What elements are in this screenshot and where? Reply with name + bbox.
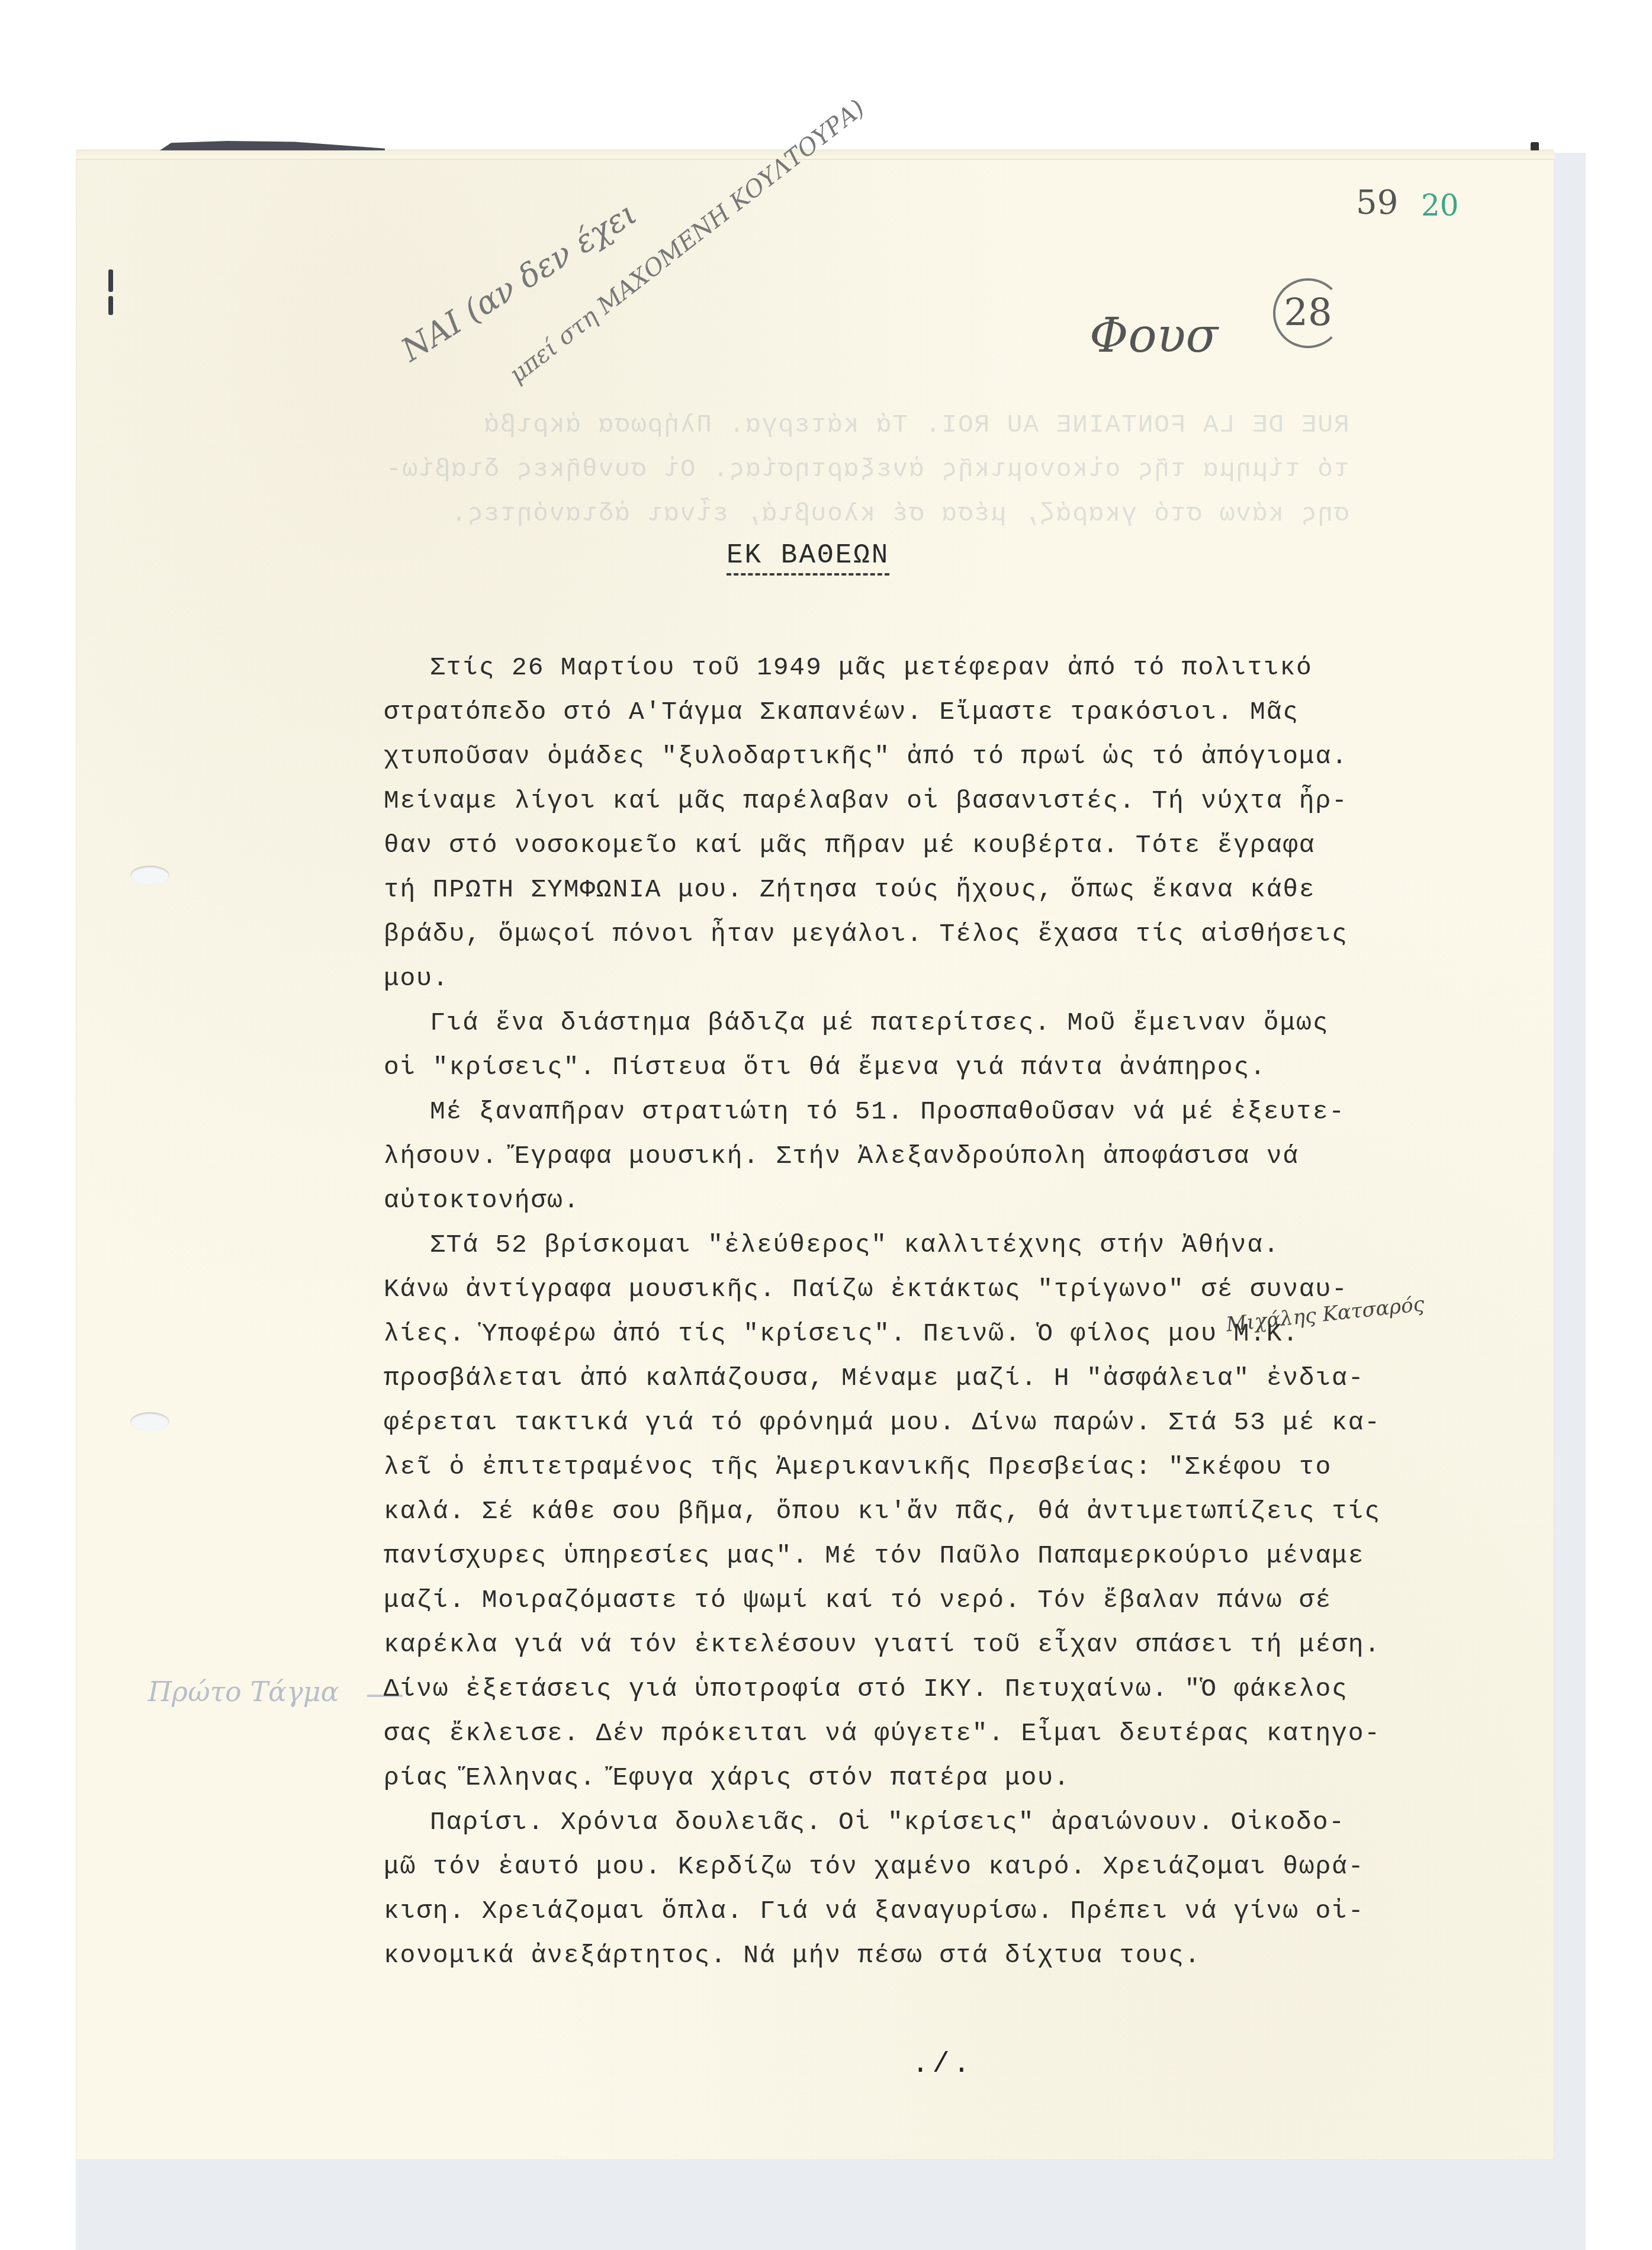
text-line: ΣΤά 52 βρίσκομαι "ἐλεύθερος" καλλιτέχνης…: [384, 1223, 1526, 1267]
margin-note: Πρώτο Τάγμα: [148, 1676, 339, 1708]
text-line: καλά. Σέ κάθε σου βῆμα, ὅπου κι'ἄν πᾶς, …: [384, 1489, 1526, 1534]
text-line: ρίας Ἕλληνας. Ἔφυγα χάρις στόν πατέρα μο…: [384, 1756, 1526, 1800]
text-line: λεῖ ὁ ἐπιτετραμένος τῆς Ἀμερικανικῆς Πρε…: [384, 1445, 1526, 1489]
text-line: χτυποῦσαν ὁμάδες "ξυλοδαρτικῆς" ἀπό τό π…: [384, 734, 1526, 779]
text-line: αὐτοκτονήσω.: [384, 1178, 1526, 1223]
text-line: κονομικά ἀνεξάρτητος. Νά μήν πέσω στά δί…: [384, 1933, 1526, 1978]
text-line: προσβάλεται ἀπό καλπάζουσα, Μέναμε μαζί.…: [384, 1356, 1526, 1400]
text-line: καρέκλα γιά νά τόν ἐκτελέσουν γιατί τοῦ …: [384, 1622, 1526, 1667]
text-line: Παρίσι. Χρόνια δουλειᾶς. Οἱ "κρίσεις" ἀρ…: [384, 1800, 1526, 1844]
text-line: θαν στό νοσοκομεῖο καί μᾶς πῆραν μέ κουβ…: [384, 823, 1526, 867]
text-line: μῶ τόν ἑαυτό μου. Κερδίζω τόν χαμένο και…: [384, 1844, 1526, 1889]
text-line: σας ἔκλεισε. Δέν πρόκειται νά φύγετε". Ε…: [384, 1711, 1526, 1756]
continuation-mark: ./.: [912, 2049, 973, 2081]
text-line: Κάνω ἀντίγραφα μουσικῆς. Παίζω ἐκτάκτως …: [384, 1267, 1526, 1312]
staple-icon: [108, 269, 113, 292]
text-line: Στίς 26 Μαρτίου τοῦ 1949 μᾶς μετέφεραν ἀ…: [384, 645, 1526, 690]
document-body: Στίς 26 Μαρτίου τοῦ 1949 μᾶς μετέφεραν ἀ…: [384, 645, 1526, 1978]
document-title: ΕΚ ΒΑΘΕΩΝ: [727, 540, 889, 576]
text-line: Μέ ξαναπῆραν στρατιώτη τό 51. Προσπαθοῦσ…: [384, 1089, 1526, 1134]
text-line: Γιά ἕνα διάστημα βάδιζα μέ πατερίτσες. Μ…: [384, 1001, 1526, 1045]
text-line: φέρεται τακτικά γιά τό φρόνημά μου. Δίνω…: [384, 1400, 1526, 1445]
text-line: τή ΠΡΩΤΗ ΣΥΜΦΩΝΙΑ μου. Ζήτησα τούς ἤχους…: [384, 867, 1526, 912]
text-line: λήσουν. Ἔγραφα μουσική. Στήν Ἀλεξανδρούπ…: [384, 1134, 1526, 1178]
text-line: πανίσχυρες ὑπηρεσίες μας". Μέ τόν Παῦλο …: [384, 1534, 1526, 1578]
torn-tape-strip: [160, 141, 385, 150]
paragraph: Παρίσι. Χρόνια δουλειᾶς. Οἱ "κρίσεις" ἀρ…: [384, 1800, 1526, 1978]
corner-clip-mark: [1531, 142, 1539, 150]
punch-hole: [130, 1412, 169, 1431]
text-line: λίες. Ὑποφέρω ἀπό τίς "κρίσεις". Πεινῶ. …: [384, 1312, 1526, 1356]
punch-hole: [130, 866, 169, 885]
page-number-pencil: 59: [1356, 184, 1398, 222]
text-line: κιση. Χρειάζομαι ὅπλα. Γιά νά ξαναγυρίσω…: [384, 1889, 1526, 1933]
text-line: μου.: [384, 956, 1526, 1001]
text-line: οἱ "κρίσεις". Πίστευα ὅτι θά ἔμενα γιά π…: [384, 1045, 1526, 1089]
bleed-through-text: RUE DE LA FONTAINE AU ROI. Τά κάτεργα. Π…: [385, 403, 1349, 536]
text-line: Δίνω ἐξετάσεις γιά ὑποτροφία στό ΙΚΥ. Πε…: [384, 1667, 1526, 1711]
paragraph: Μέ ξαναπῆραν στρατιώτη τό 51. Προσπαθοῦσ…: [384, 1089, 1526, 1223]
text-line: Μείναμε λίγοι καί μᾶς παρέλαβαν οἱ βασαν…: [384, 779, 1526, 823]
handwritten-signature: Φουσ: [1089, 308, 1218, 363]
text-line: στρατόπεδο στό Α'Τάγμα Σκαπανέων. Εἴμαστ…: [384, 690, 1526, 734]
text-line: μαζί. Μοιραζόμαστε τό ψωμί καί τό νερό. …: [384, 1578, 1526, 1622]
text-line: βράδυ, ὅμωςοί πόνοι ἦταν μεγάλοι. Τέλος …: [384, 912, 1526, 956]
paragraph: Στίς 26 Μαρτίου τοῦ 1949 μᾶς μετέφεραν ἀ…: [384, 645, 1526, 1001]
paragraph: ΣΤά 52 βρίσκομαι "ἐλεύθερος" καλλιτέχνης…: [384, 1223, 1526, 1800]
staple-icon: [108, 296, 113, 315]
circled-number: 28: [1273, 278, 1343, 348]
page-number-green: 20: [1421, 188, 1459, 223]
paragraph: Γιά ἕνα διάστημα βάδιζα μέ πατερίτσες. Μ…: [384, 1001, 1526, 1089]
